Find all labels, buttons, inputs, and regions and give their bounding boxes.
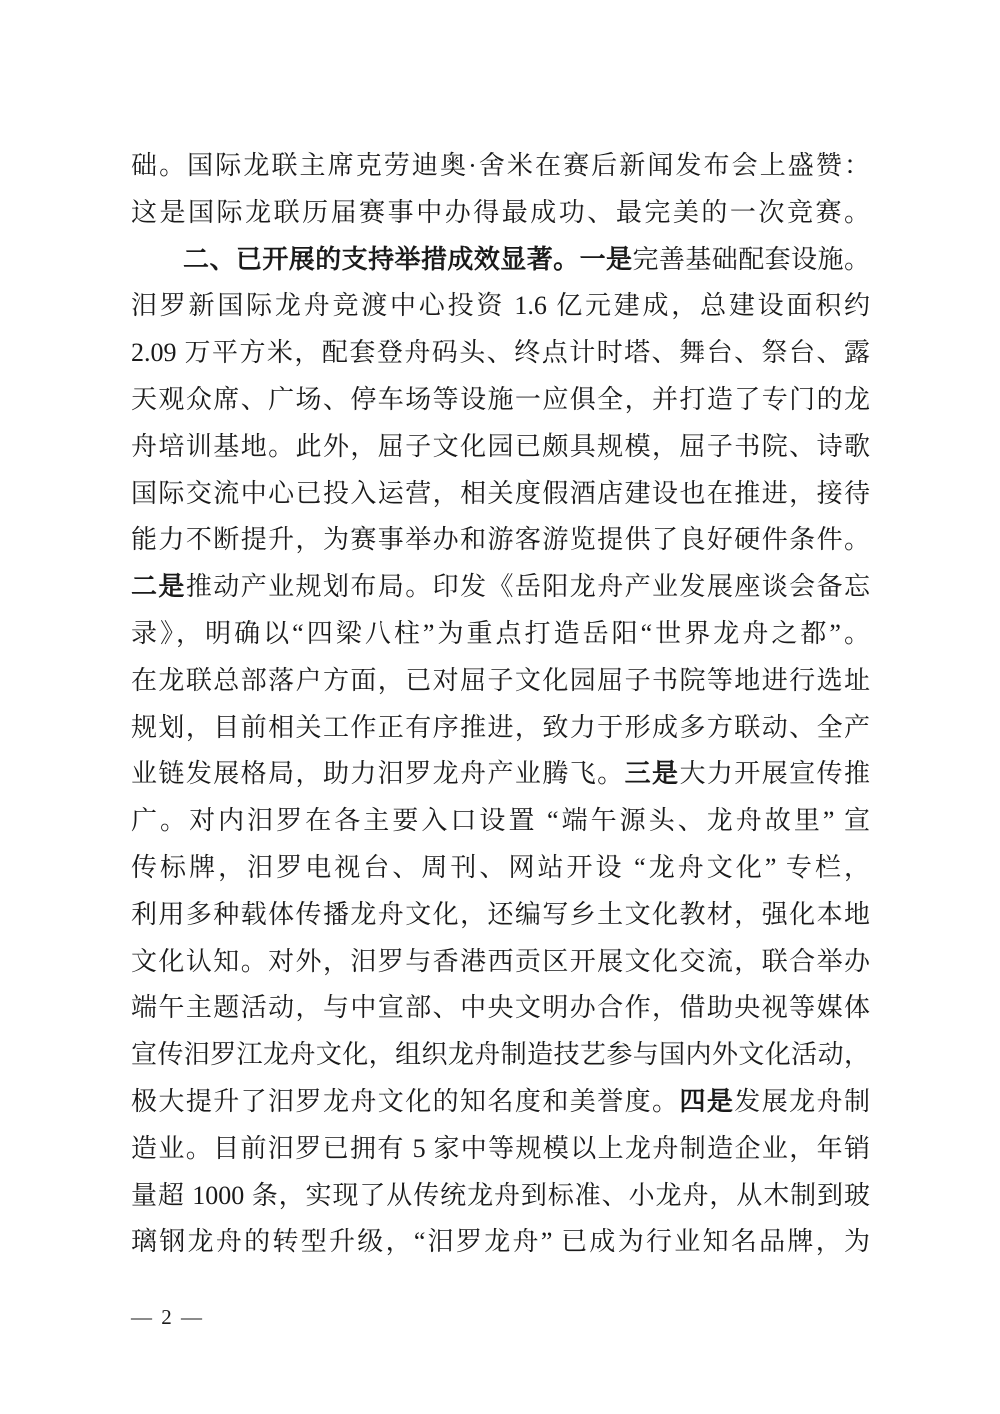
page-number: — 2 — (131, 1303, 204, 1331)
text-line-5: 2.09 万平方米，配套登舟码头、终点计时塔、舞台、祭台、露 (131, 330, 870, 377)
text-run: 利用多种载体传播龙舟文化，还编写乡土文化教材，强化本地 (131, 900, 870, 929)
text-run: 极大提升了汨罗龙舟文化的知名度和美誉度。 (131, 1087, 679, 1116)
text-run: 端午主题活动，与中宣部、中央文明办合作，借助央视等媒体 (131, 993, 870, 1022)
text-run: 传标牌，汨罗电视台、周刊、网站开设 “龙舟文化” 专栏， (131, 853, 870, 882)
text-run: 这是国际龙联历届赛事中办得最成功、最完美的一次竞赛。 (131, 198, 870, 227)
text-line-8: 国际交流中心已投入运营，相关度假酒店建设也在推进，接待 (131, 471, 870, 518)
bold-text-run: 二、已开展的支持举措成效显著。一是 (183, 245, 632, 274)
text-line-18: 文化认知。对外，汨罗与香港西贡区开展文化交流，联合举办 (131, 939, 870, 986)
text-run: 录》，明确以“四梁八柱”为重点打造岳阳“世界龙舟之都”。 (131, 619, 870, 648)
text-line-4: 汨罗新国际龙舟竞渡中心投资 1.6 亿元建成，总建设面积约 (131, 283, 870, 330)
text-run: 宣传汨罗江龙舟文化，组织龙舟制造技艺参与国内外文化活动， (131, 1040, 870, 1069)
bold-text-run: 二是 (131, 572, 186, 601)
document-page: 础。国际龙联主席克劳迪奥·舍米在赛后新闻发布会上盛赞：这是国际龙联历届赛事中办得… (0, 0, 1000, 1414)
text-line-3: 二、已开展的支持举措成效显著。一是完善基础配套设施。 (131, 237, 870, 284)
text-line-1: 础。国际龙联主席克劳迪奥·舍米在赛后新闻发布会上盛赞： (131, 143, 870, 190)
text-run: 广。对内汨罗在各主要入口设置 “端午源头、龙舟故里” 宣 (131, 806, 870, 835)
text-run: 2.09 万平方米，配套登舟码头、终点计时塔、舞台、祭台、露 (131, 338, 870, 367)
text-run: 础。国际龙联主席克劳迪奥·舍米在赛后新闻发布会上盛赞： (131, 151, 870, 180)
document-text-block: 础。国际龙联主席克劳迪奥·舍米在赛后新闻发布会上盛赞：这是国际龙联历届赛事中办得… (131, 143, 870, 1266)
text-run: 造业。目前汨罗已拥有 5 家中等规模以上龙舟制造企业，年销 (131, 1134, 870, 1163)
text-line-6: 天观众席、广场、停车场等设施一应俱全，并打造了专门的龙 (131, 377, 870, 424)
text-run: 舟培训基地。此外，屈子文化园已颇具规模，屈子书院、诗歌 (131, 432, 870, 461)
text-run: 天观众席、广场、停车场等设施一应俱全，并打造了专门的龙 (131, 385, 870, 414)
text-line-16: 传标牌，汨罗电视台、周刊、网站开设 “龙舟文化” 专栏， (131, 845, 870, 892)
text-run: 文化认知。对外，汨罗与香港西贡区开展文化交流，联合举办 (131, 947, 870, 976)
text-run: 大力开展宣传推 (679, 759, 870, 788)
text-run: 汨罗新国际龙舟竞渡中心投资 1.6 亿元建成，总建设面积约 (131, 291, 870, 320)
text-run: 量超 1000 条，实现了从传统龙舟到标准、小龙舟，从木制到玻 (131, 1181, 870, 1210)
text-run: 完善基础配套设施。 (632, 245, 870, 274)
text-run: 国际交流中心已投入运营，相关度假酒店建设也在推进，接待 (131, 479, 870, 508)
text-run: 璃钢龙舟的转型升级，“汨罗龙舟” 已成为行业知名品牌，为 (131, 1227, 870, 1256)
text-run: 规划，目前相关工作正有序推进，致力于形成多方联动、全产 (131, 713, 870, 742)
text-run: 业链发展格局，助力汨罗龙舟产业腾飞。 (131, 759, 625, 788)
bold-text-run: 四是 (679, 1087, 734, 1116)
text-line-20: 宣传汨罗江龙舟文化，组织龙舟制造技艺参与国内外文化活动， (131, 1032, 870, 1079)
text-line-7: 舟培训基地。此外，屈子文化园已颇具规模，屈子书院、诗歌 (131, 424, 870, 471)
text-line-24: 璃钢龙舟的转型升级，“汨罗龙舟” 已成为行业知名品牌，为 (131, 1219, 870, 1266)
text-line-17: 利用多种载体传播龙舟文化，还编写乡土文化教材，强化本地 (131, 892, 870, 939)
bold-text-run: 三是 (625, 759, 680, 788)
text-run: 能力不断提升，为赛事举办和游客游览提供了良好硬件条件。 (131, 525, 870, 554)
text-line-12: 在龙联总部落户方面，已对屈子文化园屈子书院等地进行选址 (131, 658, 870, 705)
text-line-21: 极大提升了汨罗龙舟文化的知名度和美誉度。四是发展龙舟制 (131, 1079, 870, 1126)
text-line-19: 端午主题活动，与中宣部、中央文明办合作，借助央视等媒体 (131, 985, 870, 1032)
text-run: 推动产业规划布局。印发《岳阳龙舟产业发展座谈会备忘 (186, 572, 870, 601)
text-line-23: 量超 1000 条，实现了从传统龙舟到标准、小龙舟，从木制到玻 (131, 1173, 870, 1220)
text-run: 在龙联总部落户方面，已对屈子文化园屈子书院等地进行选址 (131, 666, 870, 695)
text-line-9: 能力不断提升，为赛事举办和游客游览提供了良好硬件条件。 (131, 517, 870, 564)
text-line-2: 这是国际龙联历届赛事中办得最成功、最完美的一次竞赛。 (131, 190, 870, 237)
text-line-14: 业链发展格局，助力汨罗龙舟产业腾飞。三是大力开展宣传推 (131, 751, 870, 798)
text-run: 发展龙舟制 (734, 1087, 870, 1116)
text-line-13: 规划，目前相关工作正有序推进，致力于形成多方联动、全产 (131, 705, 870, 752)
text-line-11: 录》，明确以“四梁八柱”为重点打造岳阳“世界龙舟之都”。 (131, 611, 870, 658)
text-line-15: 广。对内汨罗在各主要入口设置 “端午源头、龙舟故里” 宣 (131, 798, 870, 845)
text-line-22: 造业。目前汨罗已拥有 5 家中等规模以上龙舟制造企业，年销 (131, 1126, 870, 1173)
text-line-10: 二是推动产业规划布局。印发《岳阳龙舟产业发展座谈会备忘 (131, 564, 870, 611)
